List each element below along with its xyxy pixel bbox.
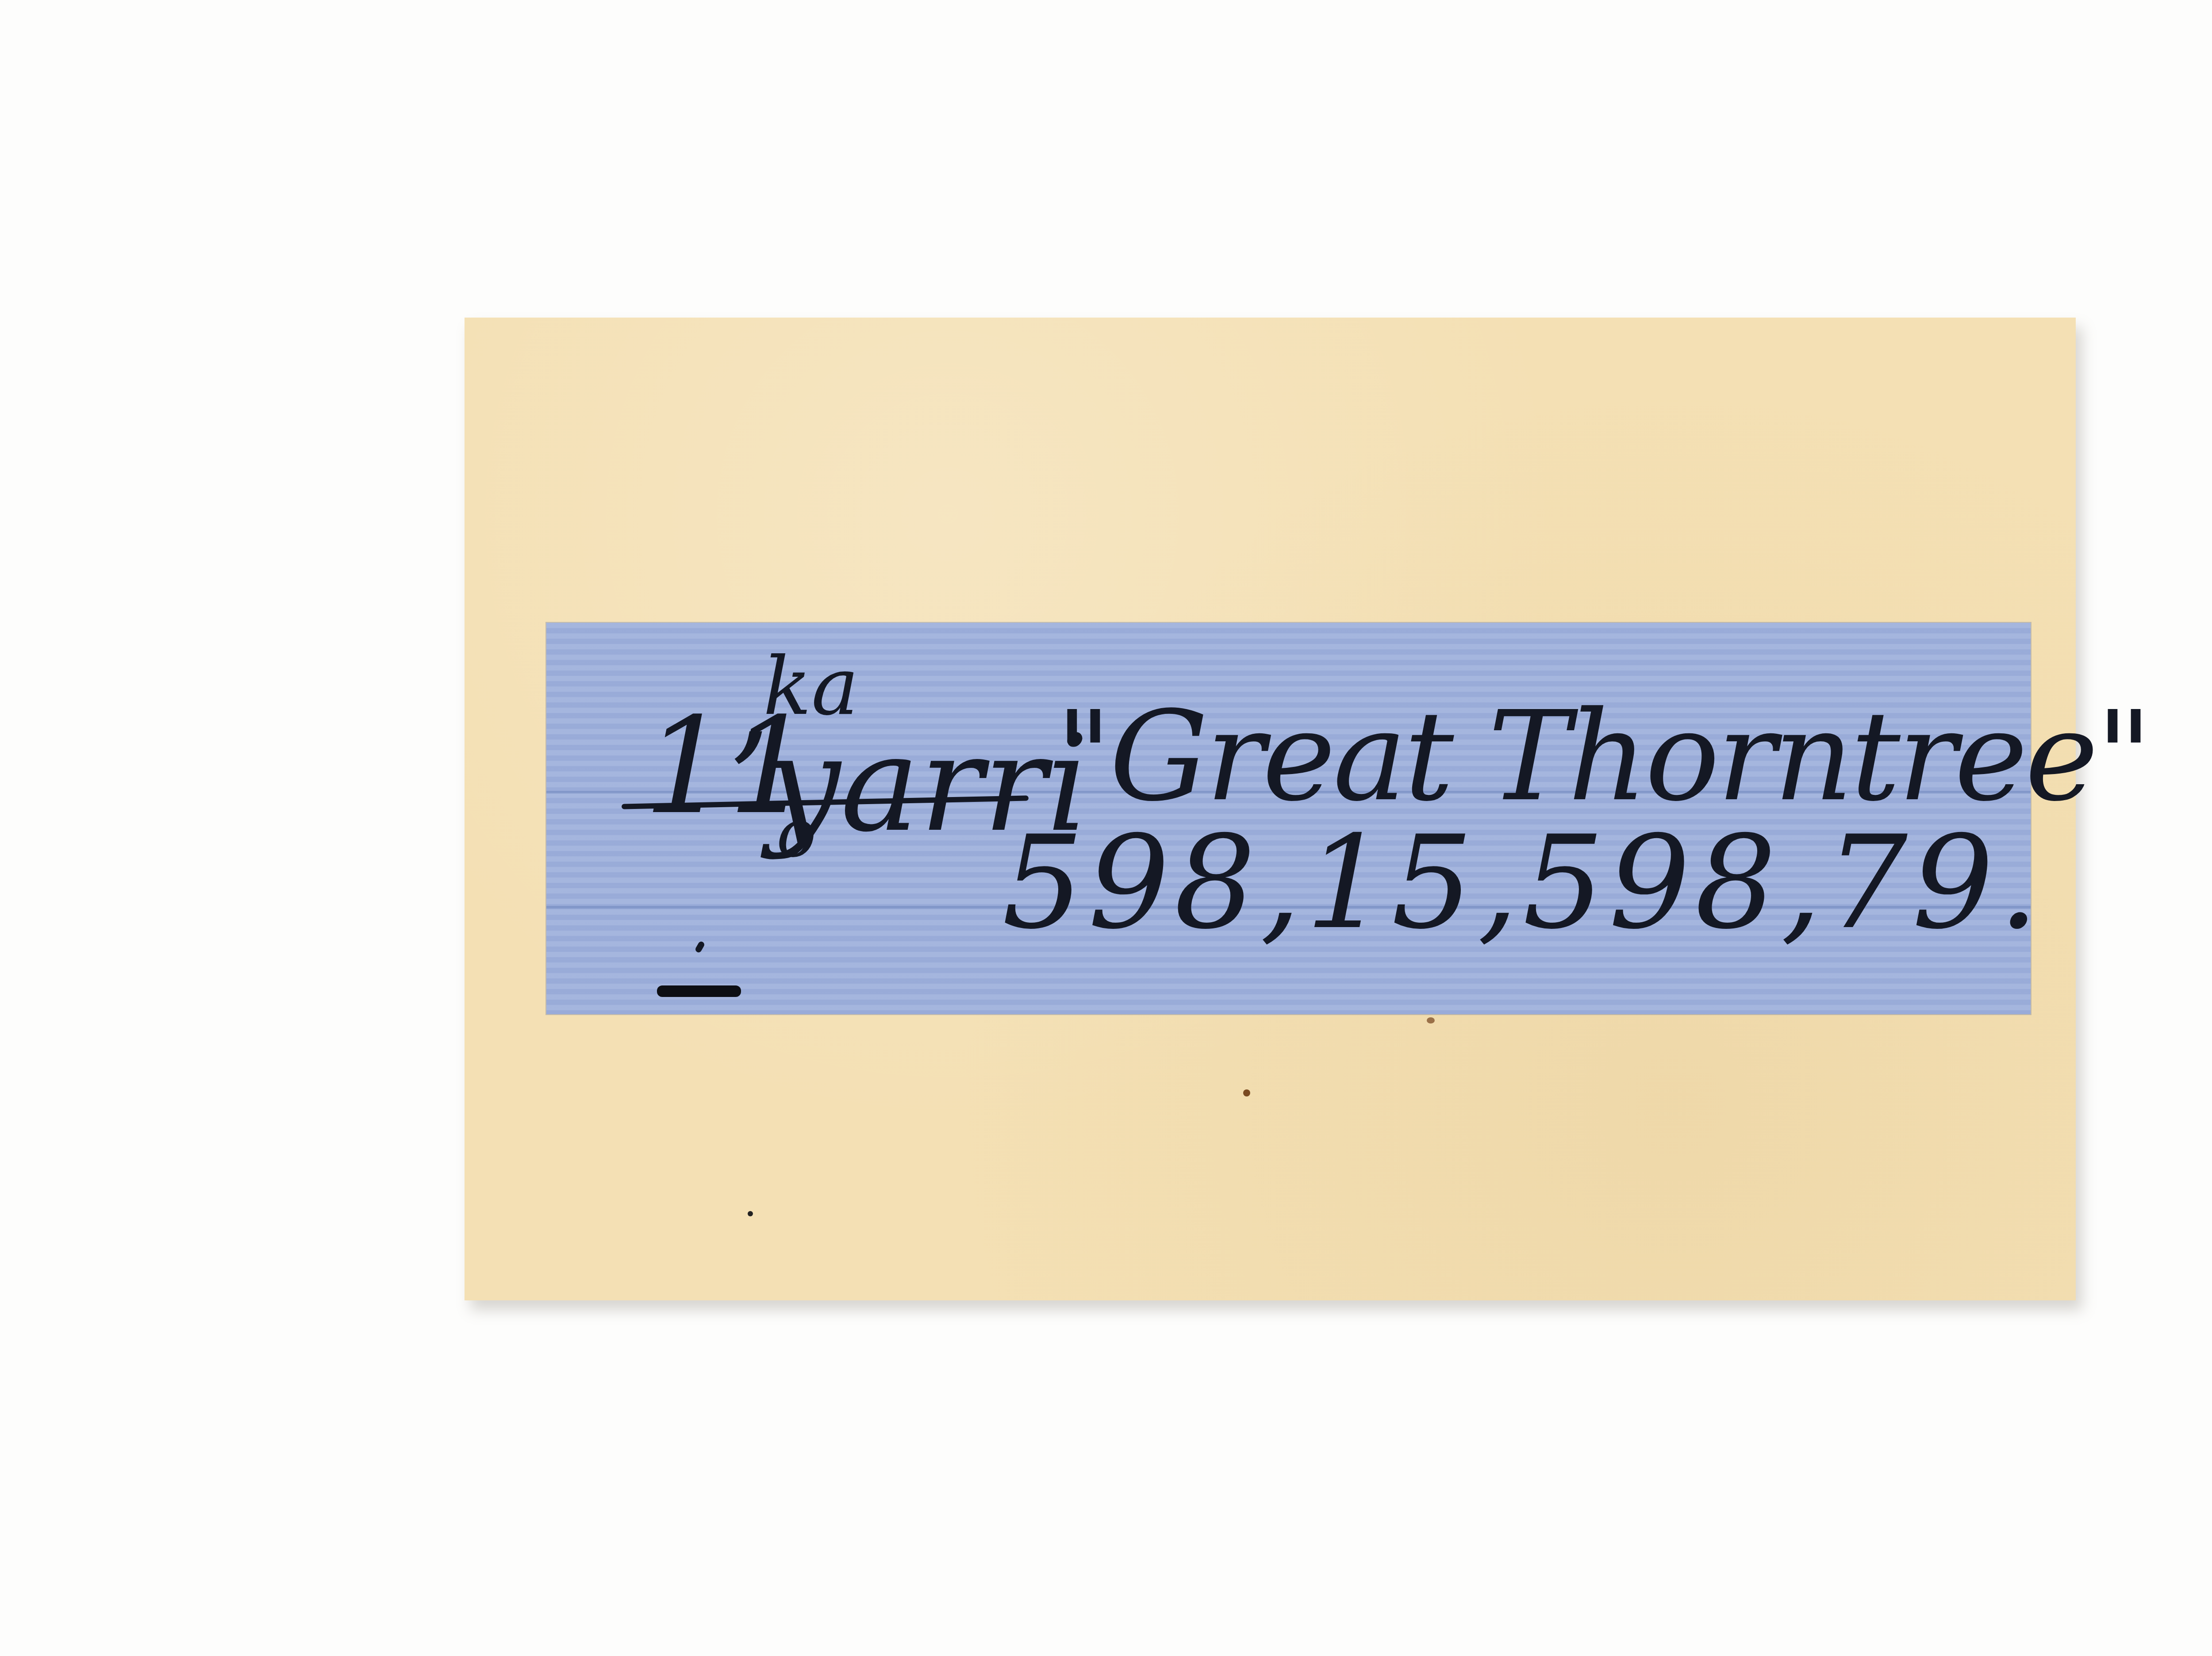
translation-text: "Great Thorntree" xyxy=(1055,685,2150,829)
paper-stain xyxy=(1427,1017,1435,1023)
headword-subscript: o xyxy=(776,795,816,872)
paper-stain xyxy=(1243,1089,1250,1096)
ink-speck xyxy=(694,940,705,954)
reference-numbers: 598,15,598,79. xyxy=(1002,809,2043,958)
blue-paper-slip: 11 ka ʼyarri o "Great Thorntree" 598,15,… xyxy=(546,623,2031,1014)
paper-stain xyxy=(748,1211,753,1216)
mounting-card: 11 ka ʼyarri o "Great Thorntree" 598,15,… xyxy=(465,318,2076,1300)
margin-dash-mark xyxy=(657,985,741,997)
